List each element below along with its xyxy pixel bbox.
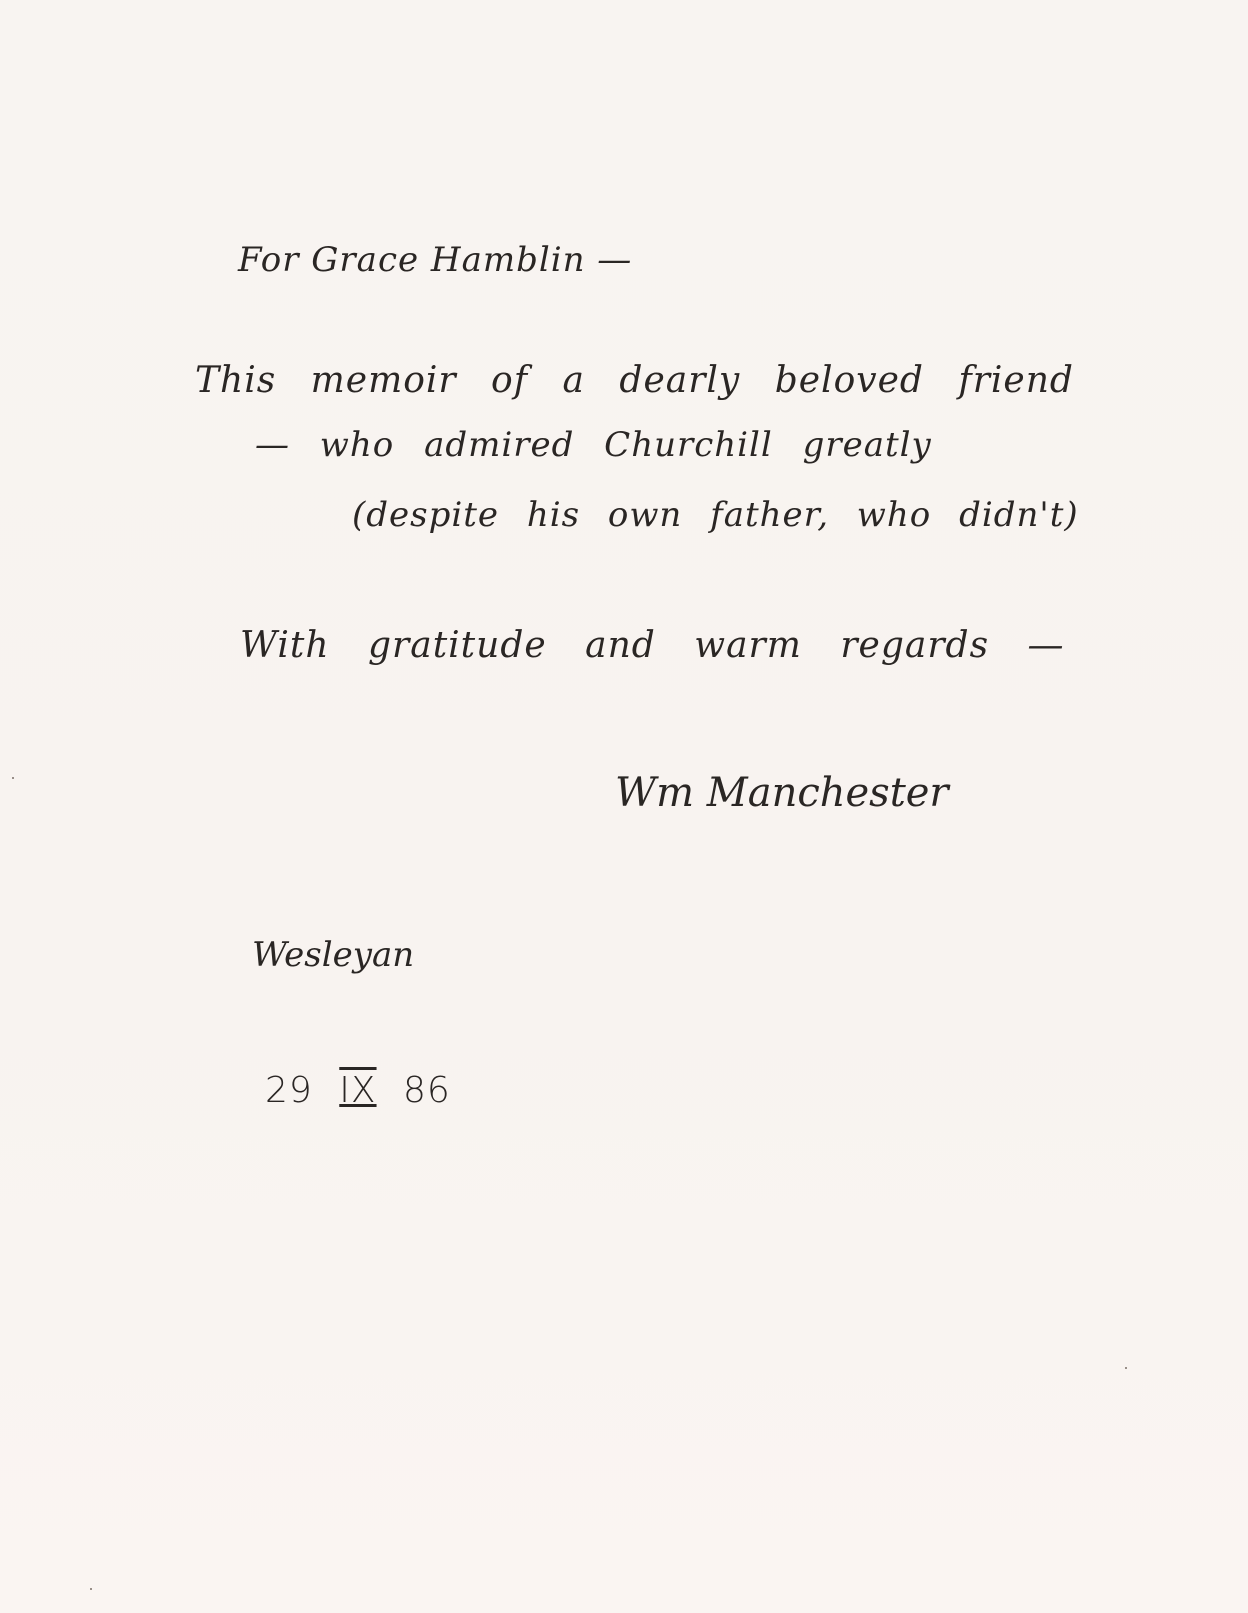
inscription-date: 29 IX 86: [265, 1070, 451, 1111]
place-name: Wesleyan: [252, 935, 414, 975]
paper-speck: [1125, 1367, 1127, 1369]
inscription-line-1: This memoir of a dearly beloved friend: [195, 360, 1074, 401]
date-year: 86: [403, 1070, 451, 1111]
book-page: For Grace Hamblin — This memoir of a dea…: [0, 0, 1248, 1613]
date-month-roman: IX: [339, 1070, 376, 1111]
dedication-line: For Grace Hamblin —: [238, 240, 632, 280]
author-signature: Wm Manchester: [615, 770, 949, 816]
closing-line: With gratitude and warm regards —: [240, 625, 1065, 666]
inscription-line-2: — who admired Churchill greatly: [255, 425, 932, 465]
inscription-line-3: (despite his own father, who didn't): [352, 495, 1079, 535]
date-day: 29: [265, 1070, 313, 1111]
paper-speck: [12, 777, 14, 779]
paper-speck: [90, 1588, 92, 1590]
